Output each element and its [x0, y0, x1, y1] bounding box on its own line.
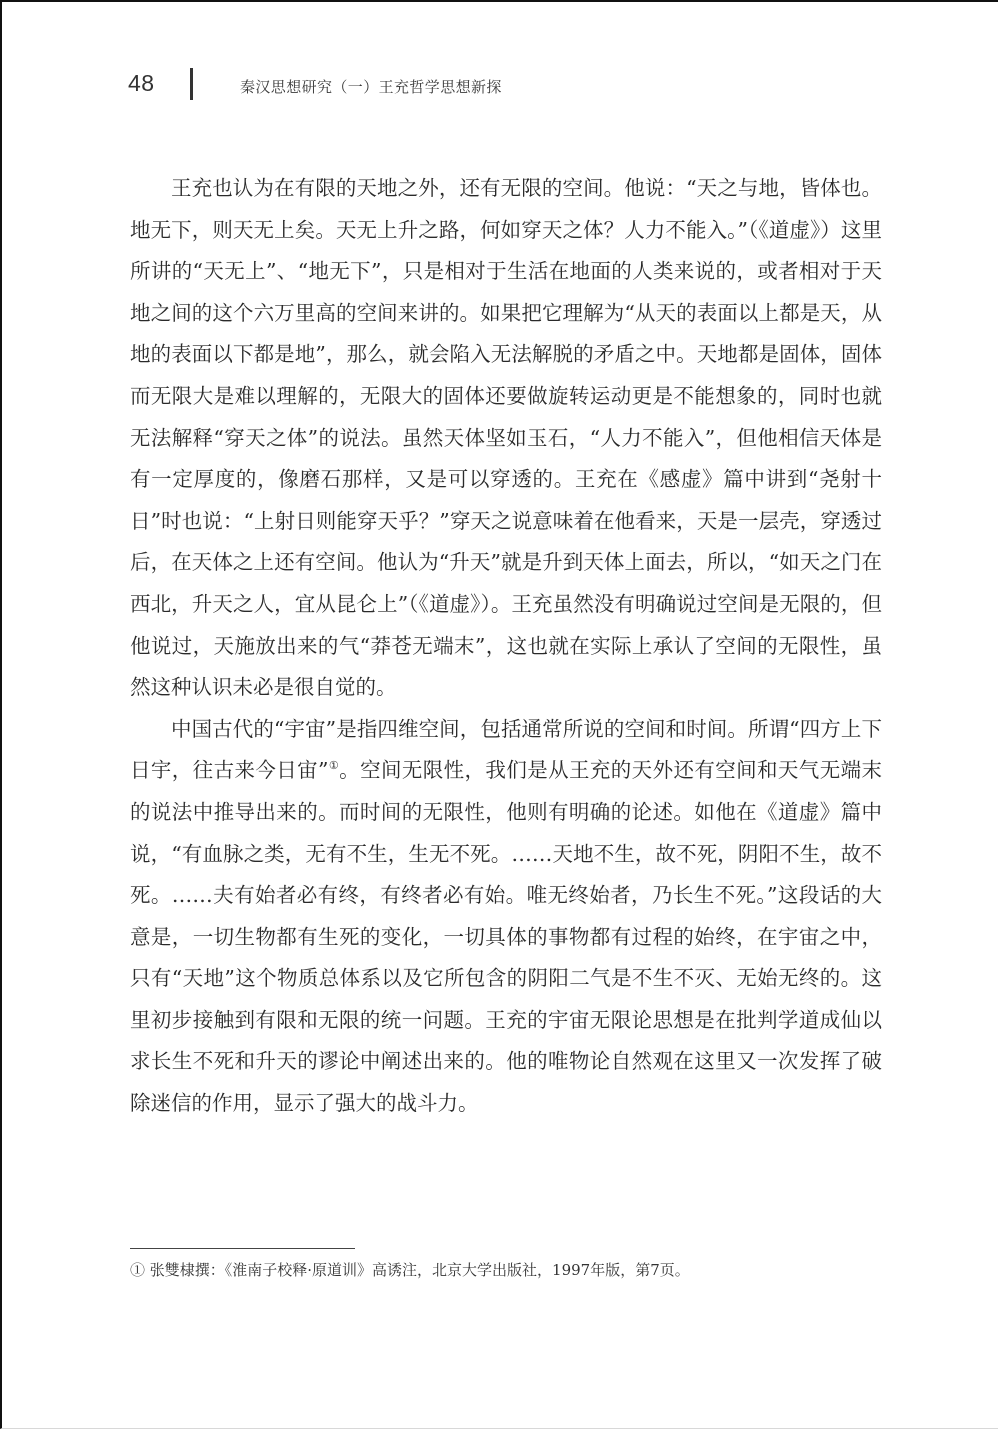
paragraph-2-part-2: 。空间无限性，我们是从王充的天外还有空间和天气无端末的说法中推导出来的。而时间的…	[130, 758, 882, 1115]
footnote-divider	[130, 1248, 355, 1249]
running-title: 秦汉思想研究（一）王充哲学思想新探	[240, 76, 502, 97]
paragraph-2: 中国古代的“宇宙”是指四维空间，包括通常所说的空间和时间。所谓“四方上下日宇，往…	[130, 709, 882, 1125]
page-header: 48 秦汉思想研究（一）王充哲学思想新探	[128, 68, 828, 104]
footnote-1: ① 张雙棣撰：《淮南子校释·原道训》高诱注，北京大学出版社，1997年版，第7页…	[130, 1258, 690, 1282]
page-number: 48	[128, 70, 155, 97]
footnote-reference[interactable]: ①	[329, 759, 340, 772]
header-divider	[190, 68, 193, 100]
paragraph-1: 王充也认为在有限的天地之外，还有无限的空间。他说：“天之与地，皆体也。地无下，则…	[130, 168, 882, 709]
body-text: 王充也认为在有限的天地之外，还有无限的空间。他说：“天之与地，皆体也。地无下，则…	[130, 168, 882, 1125]
